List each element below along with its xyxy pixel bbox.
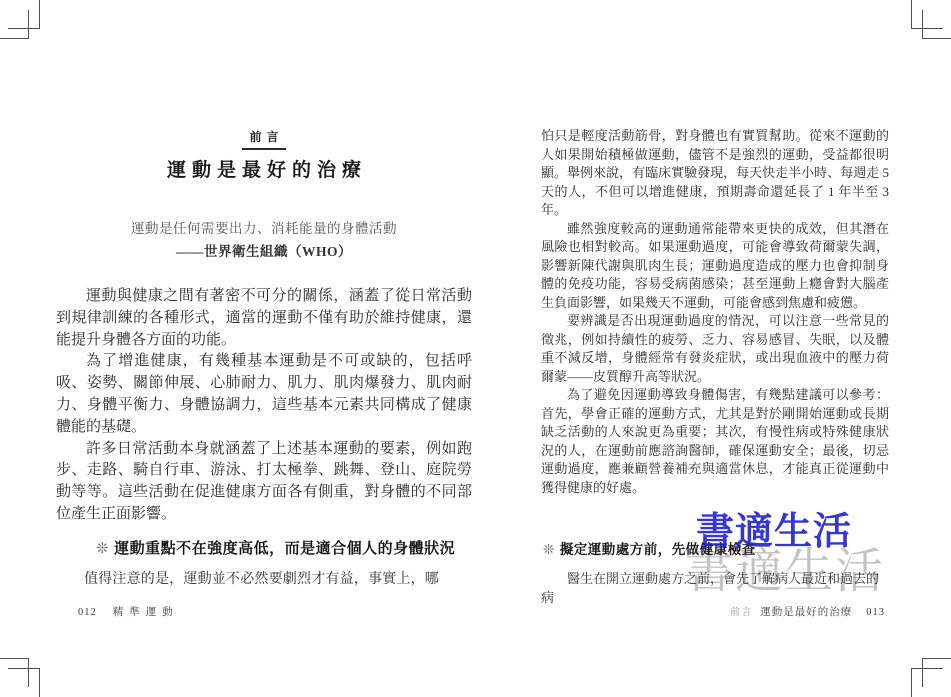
preface-kicker: 前言: [242, 128, 285, 150]
right-page: 怕只是輕度活動筋骨，對身體也有實質幫助。從來不運動的人如果開始積極做運動，儘管不…: [541, 0, 889, 697]
running-book-title: 精準運動: [113, 607, 179, 618]
left-section-heading: ❊運動重點不在強度高低，而是適合個人的身體狀況: [56, 537, 472, 558]
left-page-footer: 012精準運動: [78, 604, 179, 619]
page-number: 013: [866, 607, 885, 618]
paragraph: 為了避免因運動導致身體傷害，有幾點建議可以參考：首先，學會正確的運動方式，尤其是…: [541, 386, 889, 497]
epigraph: 運動是任何需要出力、消耗能量的身體活動 ——世界衛生組織（WHO）: [56, 217, 472, 263]
running-chapter-title: 運動是最好的治療: [760, 607, 852, 618]
paragraph: 許多日常活動本身就涵蓋了上述基本運動的要素，例如跑步、走路、騎自行車、游泳、打太…: [56, 439, 472, 526]
left-body-text: 運動與健康之間有著密不可分的關係，涵蓋了從日常活動到規律訓練的各種形式，適當的運…: [56, 286, 472, 526]
crop-mark-bottom-left-inner: [0, 658, 29, 687]
page-number: 012: [78, 607, 97, 618]
epigraph-quote: 運動是任何需要出力、消耗能量的身體活動: [56, 217, 472, 240]
paragraph: 運動與健康之間有著密不可分的關係，涵蓋了從日常活動到規律訓練的各種形式，適當的運…: [56, 286, 472, 351]
paragraph: 要辨識是否出現運動過度的情況，可以注意一些常見的徵兆，例如持續性的疲勞、乏力、容…: [541, 312, 889, 386]
preface-kicker-wrap: 前言: [56, 128, 472, 150]
right-section-paragraph: 醫生在開立運動處方之前，會先了解病人最近和過去的病: [541, 568, 889, 606]
right-page-footer: 前言運動是最好的治療013: [730, 604, 885, 619]
right-body-text: 怕只是輕度活動筋骨，對身體也有實質幫助。從來不運動的人如果開始積極做運動，儘管不…: [541, 127, 889, 497]
left-page: 前言 運動是最好的治療 運動是任何需要出力、消耗能量的身體活動 ——世界衛生組織…: [56, 0, 472, 697]
left-section-paragraph: 值得注意的是，運動並不必然要劇烈才有益，事實上，哪: [56, 568, 472, 588]
paragraph: 為了增進健康，有幾種基本運動是不可或缺的，包括呼吸、姿勢、關節伸展、心肺耐力、肌…: [56, 351, 472, 438]
running-chapter-label: 前言: [730, 608, 753, 618]
section-heading-text: 運動重點不在強度高低，而是適合個人的身體狀況: [114, 541, 455, 557]
crop-mark-bottom-right-inner: [922, 658, 951, 687]
crop-mark-top-left-inner: [0, 10, 29, 39]
epigraph-attribution: ——世界衛生組織（WHO）: [56, 240, 472, 263]
asterisk-flower-icon: ❊: [96, 539, 109, 557]
paragraph: 怕只是輕度活動筋骨，對身體也有實質幫助。從來不運動的人如果開始積極做運動，儘管不…: [541, 127, 889, 220]
paragraph: 雖然強度較高的運動通常能帶來更快的成效，但其潛在風險也相對較高。如果運動過度，可…: [541, 220, 889, 313]
asterisk-flower-icon: ❊: [543, 542, 555, 558]
crop-mark-top-right-inner: [922, 10, 951, 39]
chapter-title: 運動是最好的治療: [56, 155, 472, 182]
section-heading-text: 擬定運動處方前，先做健康檢查: [560, 542, 756, 557]
right-section-heading: ❊擬定運動處方前，先做健康檢查: [541, 538, 889, 558]
